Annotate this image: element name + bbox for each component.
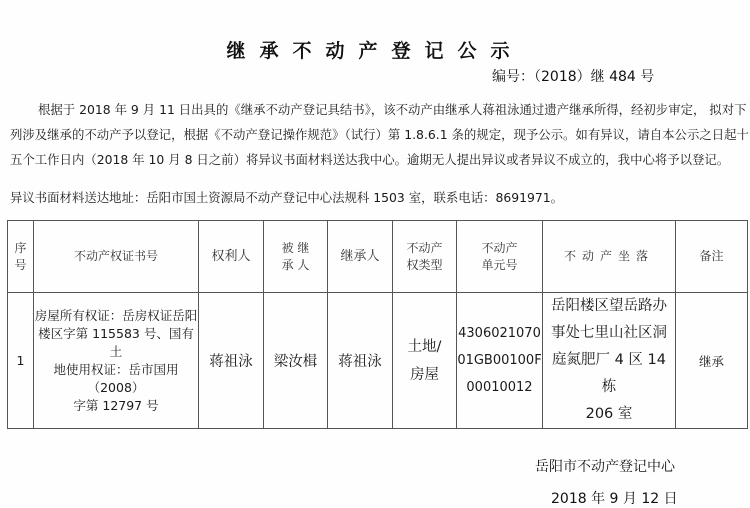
notice-text: 根据于 2018 年 9 月 11 日出具的《继承不动产登记具结书》，该不动产由…	[10, 102, 749, 167]
header-cert: 不动产权证书号	[34, 221, 199, 293]
unit-line: 00010012	[457, 374, 542, 401]
cert-line: 楼区字第 115583 号、国有土	[34, 325, 198, 361]
unit-line: 01GB00100F	[457, 347, 542, 374]
cert-line: 地使用权证：岳市国用（2008）	[34, 361, 198, 397]
location-line: 事处七里山社区洞	[543, 320, 675, 347]
header-seq-line2: 号	[14, 258, 26, 272]
notice-paragraph: 根据于 2018 年 9 月 11 日出具的《继承不动产登记具结书》，该不动产由…	[10, 97, 750, 172]
header-type-line1: 不动产	[406, 241, 442, 255]
cert-line: 房屋所有权证：岳房权证岳阳	[34, 307, 198, 325]
cell-heir: 蒋祖泳	[328, 293, 393, 429]
document-number: 编号：（2018）继 484 号	[492, 66, 654, 86]
table-header-row: 序号 不动产权证书号 权利人 被 继承 人 继承人 不动产权类型 不动产单元号 …	[8, 221, 748, 293]
cert-line: 字第 12797 号	[34, 397, 198, 415]
header-decedent-line1: 被 继	[282, 241, 310, 255]
table-row: 1 房屋所有权证：岳房权证岳阳 楼区字第 115583 号、国有土 地使用权证：…	[8, 293, 748, 429]
location-line: 庭氮肥厂 4 区 14 栋	[543, 347, 675, 401]
cell-cert: 房屋所有权证：岳房权证岳阳 楼区字第 115583 号、国有土 地使用权证：岳市…	[34, 293, 199, 429]
cell-decedent: 梁汝楫	[264, 293, 328, 429]
header-type-line2: 权类型	[406, 258, 442, 272]
header-heir: 继承人	[328, 221, 393, 293]
location-line: 206 室	[543, 401, 675, 428]
property-table: 序号 不动产权证书号 权利人 被 继承 人 继承人 不动产权类型 不动产单元号 …	[7, 220, 748, 429]
cell-holder: 蒋祖泳	[199, 293, 264, 429]
header-right-type: 不动产权类型	[393, 221, 457, 293]
header-unit-line1: 不动产	[481, 241, 517, 255]
header-seq-line1: 序	[14, 241, 26, 255]
header-seq: 序号	[8, 221, 34, 293]
document-title: 继承不动产登记公示	[0, 36, 750, 63]
cell-remark: 继承	[676, 293, 748, 429]
unit-line: 4306021070	[457, 320, 542, 347]
objection-address: 异议书面材料送达地址：岳阳市国土资源局不动产登记中心法规科 1503 室，联系电…	[10, 185, 750, 210]
cell-location: 岳阳楼区望岳路办 事处七里山社区洞 庭氮肥厂 4 区 14 栋 206 室	[543, 293, 676, 429]
header-unit-line2: 单元号	[481, 258, 517, 272]
cell-unit-number: 4306021070 01GB00100F 00010012	[457, 293, 543, 429]
header-decedent-line2: 承 人	[282, 258, 310, 272]
header-unit-number: 不动产单元号	[457, 221, 543, 293]
cell-right-type: 土地/ 房屋	[393, 293, 457, 429]
header-holder: 权利人	[199, 221, 264, 293]
header-decedent: 被 继承 人	[264, 221, 328, 293]
header-remark: 备注	[676, 221, 748, 293]
issuing-organization: 岳阳市不动产登记中心	[535, 456, 675, 476]
type-line: 土地/	[393, 333, 456, 361]
issue-date: 2018 年 9 月 12 日	[551, 488, 678, 508]
type-line: 房屋	[393, 361, 456, 389]
location-line: 岳阳楼区望岳路办	[543, 293, 675, 320]
header-location: 不动产坐落	[543, 221, 676, 293]
cell-seq: 1	[8, 293, 34, 429]
